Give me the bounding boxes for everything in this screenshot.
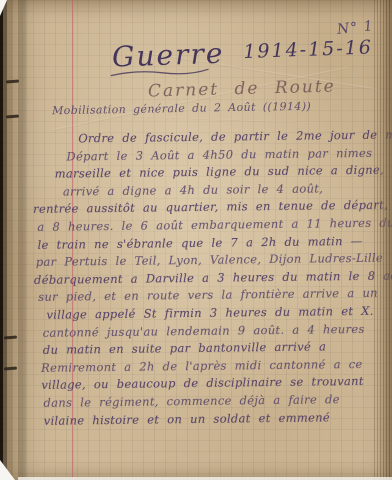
page-subtitle: Carnet de Route <box>148 77 336 102</box>
handwritten-line: vilaine histoire et on un soldat et emme… <box>44 408 384 430</box>
title-word: Guerre <box>112 37 225 74</box>
notebook-page-scan: N° 1 Guerre 1914-15-16 Carnet de Route M… <box>0 0 392 480</box>
page-title: Guerre 1914-15-16 <box>112 31 374 73</box>
mobilisation-note: Mobilisation générale du 2 Août ((1914)) <box>52 100 311 118</box>
title-years: 1914-15-16 <box>243 36 373 63</box>
fold-line <box>374 0 375 480</box>
binding-edge <box>0 0 28 480</box>
page-block-edge <box>377 0 392 480</box>
body-lines: Ordre de fascicule, de partir le 2me jou… <box>0 127 384 431</box>
